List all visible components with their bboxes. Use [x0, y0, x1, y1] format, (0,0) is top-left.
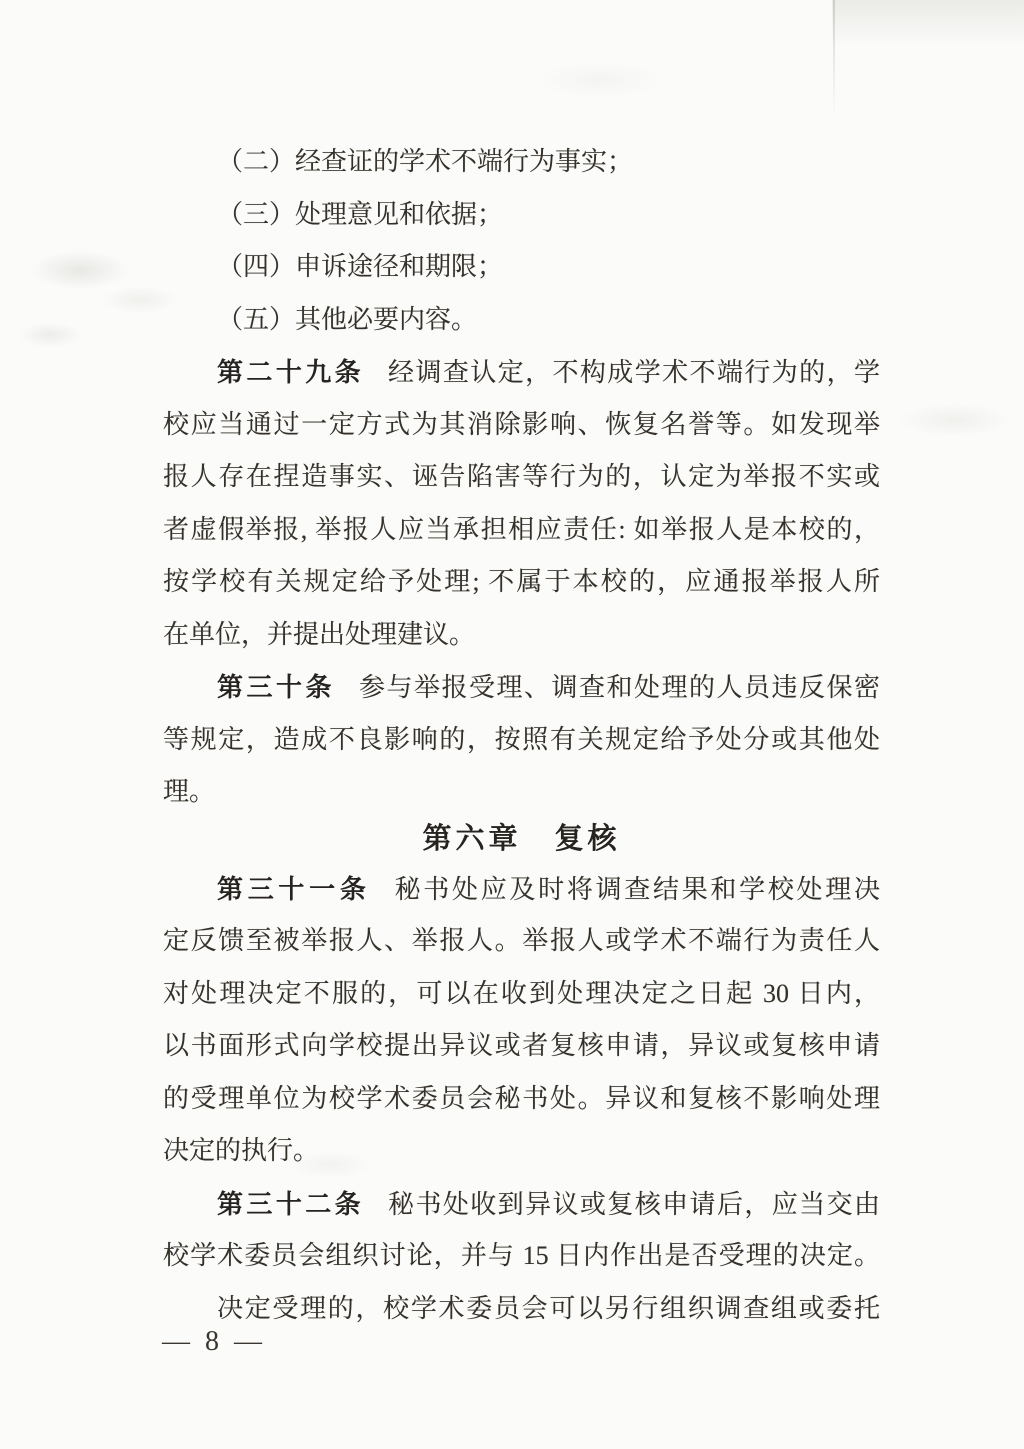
scan-fold-line [833, 0, 835, 118]
article-30-line-3: 理。 [163, 766, 880, 819]
article-30-number: 第三十条 [217, 672, 335, 702]
article-31-line-6: 决定的执行。 [163, 1125, 880, 1178]
article-31-line-3: 对处理决定不服的，可以在收到处理决定之日起 30 日内， [163, 968, 880, 1021]
page-number: — 8 — [162, 1320, 266, 1364]
scan-shadow-top-right [832, 0, 1024, 46]
article-30-line-2: 等规定，造成不良影响的，按照有关规定给予处分或其他处 [163, 714, 880, 767]
article-31-line-4: 以书面形式向学校提出异议或者复核申请，异议或复核申请 [163, 1020, 880, 1073]
article-29-line-4: 者虚假举报, 举报人应当承担相应责任: 如举报人是本校的， [163, 504, 880, 557]
sub-clause-4: （四）申诉途径和期限； [163, 241, 880, 294]
article-32-opening-text: 秘书处收到异议或复核申请后，应当交由 [388, 1190, 880, 1219]
article-29-line-2: 校应当通过一定方式为其消除影响、恢复名誉等。如发现举 [163, 399, 880, 452]
sub-clause-3: （三）处理意见和依据； [163, 189, 880, 242]
text-block: （二）经查证的学术不端行为事实； （三）处理意见和依据； （四）申诉途径和期限；… [163, 136, 880, 1335]
article-32-line-1: 第三十二条秘书处收到异议或复核申请后，应当交由 [163, 1178, 880, 1231]
article-31-line-5: 的受理单位为校学术委员会秘书处。异议和复核不影响处理 [163, 1073, 880, 1126]
article-29-number: 第二十九条 [217, 357, 364, 387]
article-32-line-2: 校学术委员会组织讨论，并与 15 日内作出是否受理的决定。 [163, 1230, 880, 1283]
article-29-opening-text: 经调查认定，不构成学术不端行为的，学 [388, 358, 880, 387]
article-29-line-3: 报人存在捏造事实、诬告陷害等行为的，认定为举报不实或 [163, 451, 880, 504]
article-32-number: 第三十二条 [217, 1189, 364, 1219]
article-29-line-1: 第二十九条经调查认定，不构成学术不端行为的，学 [163, 346, 880, 399]
article-31-line-1: 第三十一条秘书处应及时将调查结果和学校处理决 [163, 863, 880, 916]
article-31-line-2: 定反馈至被举报人、举报人。举报人或学术不端行为责任人 [163, 915, 880, 968]
article-29-line-5: 按学校有关规定给予处理; 不属于本校的，应通报举报人所 [163, 556, 880, 609]
chapter-6-heading: 第六章 复核 [163, 819, 880, 863]
document-page: （二）经查证的学术不端行为事实； （三）处理意见和依据； （四）申诉途径和期限；… [0, 0, 1024, 1449]
article-30-line-1: 第三十条参与举报受理、调查和处理的人员违反保密 [163, 661, 880, 714]
article-32-para-2-line-1: 决定受理的，校学术委员会可以另行组织调查组或委托 [163, 1283, 880, 1336]
article-29-line-6: 在单位，并提出处理建议。 [163, 609, 880, 662]
article-31-opening-text: 秘书处应及时将调查结果和学校处理决 [395, 875, 880, 904]
article-30-opening-text: 参与举报受理、调查和处理的人员违反保密 [359, 673, 880, 702]
sub-clause-2: （二）经查证的学术不端行为事实； [163, 136, 880, 189]
sub-clause-5: （五）其他必要内容。 [163, 294, 880, 347]
article-31-number: 第三十一条 [217, 874, 371, 904]
